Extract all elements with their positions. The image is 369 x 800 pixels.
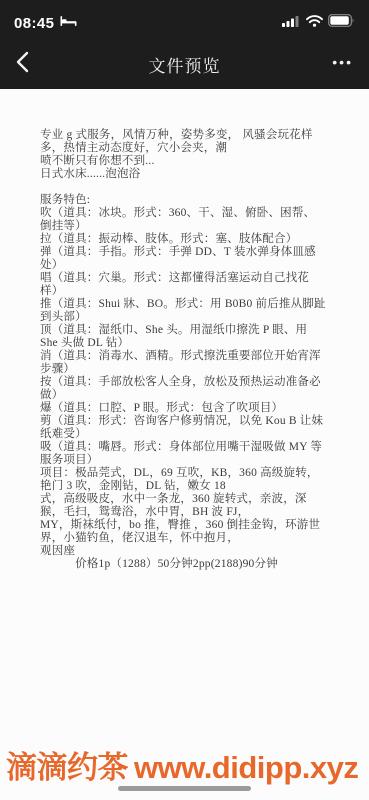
battery-icon	[328, 14, 355, 32]
document-line: 样）	[40, 285, 339, 298]
bed-icon	[60, 14, 77, 32]
document-line: 步骤）	[40, 363, 339, 376]
document-line: 消（道具：消毒水、酒精。形式擦洗重要部位开始宵浑	[40, 350, 339, 363]
document-line: 专业 g 式服务，风情万种，姿势多变， 风骚会玩花样	[40, 129, 339, 142]
document-line: 到头部）	[40, 311, 339, 324]
document-line: 倒挂等）	[40, 220, 339, 233]
document-line: 喷不断只有你想不到...	[40, 155, 339, 168]
document-line: 艳门 3 吹，金刚钻，DL 钻，嫩女 18	[40, 480, 339, 493]
status-bar-right	[282, 14, 355, 32]
watermark: 滴滴约茶www.didipp.xyz	[6, 742, 358, 787]
document-line: 弹（道具：手指。形式：手弹 DD、T 装水弹身体皿感	[40, 246, 339, 259]
document-line: 界，小猫钓鱼，佬汉退车，怀中抱月，	[40, 532, 339, 545]
status-bar: 08:45	[0, 0, 369, 40]
document-line: 唱（道具：穴巢。形式：这都懂得活塞运动自己找花	[40, 272, 339, 285]
status-bar-left: 08:45	[14, 14, 77, 32]
document-line: 处）	[40, 259, 339, 272]
document-line: 拉（道具：振动棒、肢体。形式：塞、肢体配合）	[40, 233, 339, 246]
home-indicator[interactable]	[118, 786, 251, 791]
document-line: 剪（道具：形式：咨询客户修剪情况，以免 Kou B 让妹	[40, 415, 339, 428]
back-button[interactable]	[16, 53, 40, 77]
document-line: 吹（道具：冰块。形式：360、干、湿、俯卧、困帮、	[40, 207, 339, 220]
document-line: 吸（道具：嘴唇。形式：身体部位用嘴干湿吸做 MY 等	[40, 441, 339, 454]
document-line: 服务特色:	[40, 194, 339, 207]
watermark-url: www.didipp.xyz	[134, 750, 358, 785]
document-line: 按（道具：手部放松客人全身，放松及预热运动准备必	[40, 376, 339, 389]
watermark-brand: 滴滴约茶	[6, 750, 128, 785]
page-title: 文件预览	[0, 52, 369, 77]
cellular-signal-icon	[282, 14, 301, 32]
document-line	[40, 181, 339, 194]
wifi-icon	[306, 14, 323, 32]
document-line: 推（道具：Shui 牀、BO。形式：用 B0B0 前后推从脚趾	[40, 298, 339, 311]
document-line: 观因座	[40, 545, 339, 558]
document-line: 猴，毛扫，鸳鸯浴，水中胃，BH 波 FJ，	[40, 506, 339, 519]
document-line: MY，斯袜纸付，bo 推，臀推 ，360 倒挂金钩，环游世	[40, 519, 339, 532]
document-line: 日式水床......泡泡浴	[40, 168, 339, 181]
navbar: 文件预览 •••	[0, 40, 369, 89]
document-line: 爆（道具：口腔、P 眼。形式：包含了吹项目）	[40, 402, 339, 415]
document-line: 纸难受）	[40, 428, 339, 441]
document-line: 做）	[40, 389, 339, 402]
chevron-left-icon	[16, 51, 29, 78]
clock-time: 08:45	[14, 15, 54, 32]
document-line: 式，高级吸皮，水中一条龙，360 旋转式，亲波，深	[40, 493, 339, 506]
document-line: 项目：极品莞式，DL，69 互吹，KB，360 高级旋转，	[40, 467, 339, 480]
document-line: She 头做 DL 钻）	[40, 337, 339, 350]
document-line: 服务项目）	[40, 454, 339, 467]
document-preview[interactable]: 专业 g 式服务，风情万种，姿势多变， 风骚会玩花样多，热情主动态度好，穴小会夹…	[0, 89, 369, 749]
document-line: 多，热情主动态度好，穴小会夹，潮	[40, 142, 339, 155]
document-line: 顶（道具：湿纸巾、She 头。用湿纸巾擦洗 P 眼、用	[40, 324, 339, 337]
more-options-button[interactable]: •••	[332, 57, 353, 73]
document-line: 价格1p（1288）50分钟2pp(2188)90分钟	[40, 558, 339, 571]
